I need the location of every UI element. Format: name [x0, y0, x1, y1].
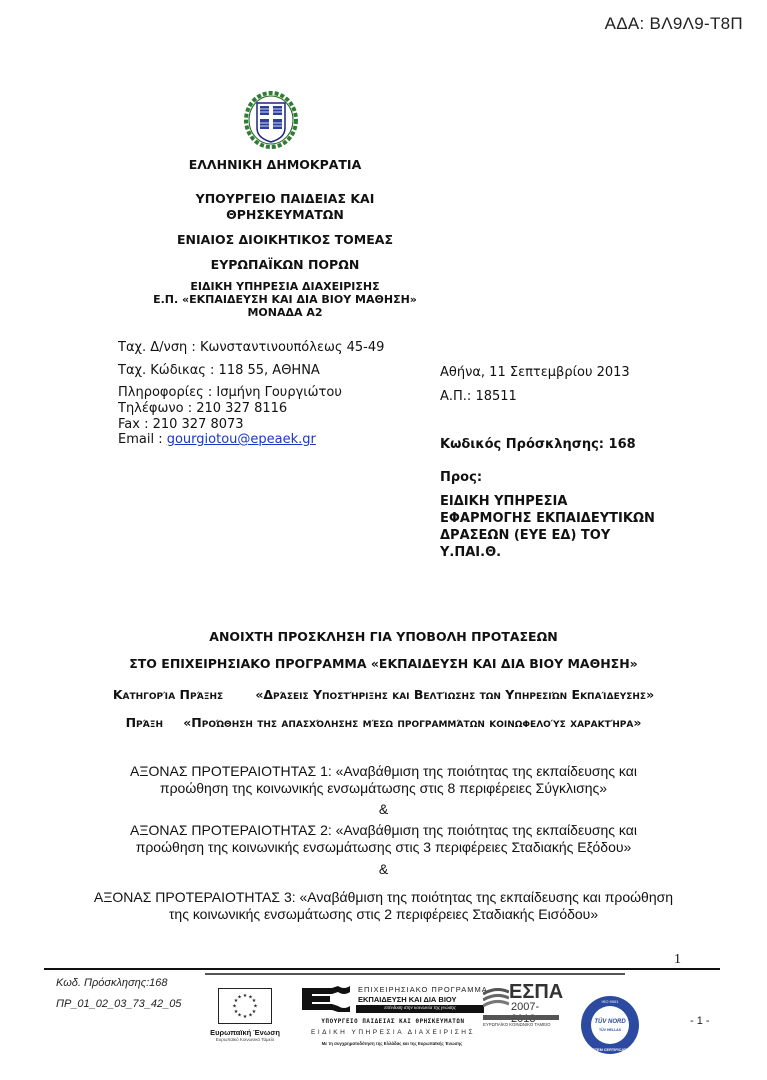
service-line-2: Ε.Π. «ΕΚΠΑΙΔΕΥΣΗ ΚΑΙ ΔΙΑ ΒΙΟΥ ΜΑΘΗΣΗ» — [120, 293, 450, 306]
axis-3-line-2: της κοινωνικής ενσωμάτωσης στις 2 περιφέ… — [0, 905, 767, 923]
axis-1-line-1: ΑΞΟΝΑΣ ΠΡΟΤΕΡΑΙΟΤΗΤΑΣ 1: «Αναβάθμιση της… — [0, 762, 767, 780]
footer-ref-code: ΠΡ_01_02_03_73_42_05 — [56, 998, 181, 1010]
footer-page-number: - 1 - — [690, 1015, 710, 1027]
op-book-icon — [302, 986, 350, 1012]
tuv-certification-seal-icon: TÜV NORD TÜV HELLAS ISO 9001 SYSTEM CERT… — [580, 995, 640, 1055]
tuv-top: ISO 9001 — [602, 999, 620, 1004]
svg-text:★: ★ — [232, 1004, 237, 1010]
greek-coat-of-arms-icon — [242, 90, 300, 154]
footer-logo-divider — [205, 973, 625, 975]
tuv-bottom: SYSTEM CERTIFICATION — [587, 1048, 633, 1052]
eu-fund: Ευρωπαϊκό Κοινωνικό Ταμείο — [208, 1037, 282, 1042]
footer-divider — [44, 968, 720, 970]
contact-email-label: Email : — [118, 432, 167, 447]
eu-logo-caption: Ευρωπαϊκή Ένωση Ευρωπαϊκό Κοινωνικό Ταμε… — [208, 1028, 282, 1042]
espa-logo: ΕΣΠΑ 2007-2013 ΕΥΡΩΠΑΪΚΟ ΚΟΙΝΩΝΙΚΟ ΤΑΜΕΙ… — [483, 984, 563, 1032]
service-line-3: ΜΟΝΑΔΑ Α2 — [120, 306, 450, 319]
contact-phone: Τηλέφωνο : 210 327 8116 — [118, 401, 287, 417]
espa-waves-icon — [483, 988, 509, 1010]
ada-code: ΑΔΑ: ΒΛ9Λ9-Τ8Π — [605, 14, 743, 34]
call-title-line-1: ΑΝΟΙΧΤΗ ΠΡΟΣΚΛΗΣΗ ΓΙΑ ΥΠΟΒΟΛΗ ΠΡΟΤΑΣΕΩΝ — [0, 629, 767, 644]
espa-band — [483, 1015, 559, 1020]
tuv-name: TÜV NORD — [594, 1018, 626, 1025]
svg-text:★: ★ — [234, 1009, 239, 1015]
axis-1-line-2: προώθηση της κοινωνικής ενσωμάτωσης στις… — [0, 779, 767, 797]
category-value: «Δράσεις Υποστήριξης και Βελτίωσης των Υ… — [255, 687, 654, 702]
axis-2-line-1: ΑΞΟΝΑΣ ΠΡΟΤΕΡΑΙΟΤΗΤΑΣ 2: «Αναβάθμιση της… — [0, 821, 767, 839]
op-ministry: ΥΠΟΥΡΓΕΙΟ ΠΑΙΔΕΙΑΣ ΚΑΙ ΘΡΗΣΚΕΥΜΑΤΩΝ — [300, 1019, 486, 1025]
footer-page-number-top: 1 — [674, 952, 681, 968]
sector-line-2: ΕΥΡΩΠΑΪΚΩΝ ΠΟΡΩΝ — [140, 257, 430, 272]
republic-heading: ΕΛΛΗΝΙΚΗ ΔΗΜΟΚΡΑΤΙΑ — [140, 157, 410, 172]
protocol-number: Α.Π.: 18511 — [440, 389, 517, 404]
service-line-1: ΕΙΔΙΚΗ ΥΠΗΡΕΣΙΑ ΔΙΑΧΕΙΡΙΣΗΣ — [120, 280, 450, 293]
op-slogan: επένδυση στην κοινωνία της γνώσης — [356, 1005, 484, 1013]
axis-2-line-2: προώθηση της κοινωνικής ενσωμάτωσης στις… — [0, 838, 767, 856]
contact-email-row: Email : gourgiotou@epeaek.gr — [118, 432, 316, 448]
ampersand-1: & — [0, 800, 767, 818]
op-education-logo: ΕΠΙΧΕΙΡΗΣΙΑΚΟ ΠΡΟΓΡΑΜΜΑ ΕΚΠΑΙΔΕΥΣΗ ΚΑΙ Δ… — [298, 982, 488, 1052]
recipient-line-1: ΕΙΔΙΚΗ ΥΠΗΡΕΣΙΑ — [440, 494, 567, 509]
axis-3-line-1: ΑΞΟΝΑΣ ΠΡΟΤΕΡΑΙΟΤΗΤΑΣ 3: «Αναβάθμιση της… — [0, 888, 767, 906]
svg-text:★: ★ — [243, 993, 248, 999]
footer-call-code: Κωδ. Πρόσκλησης:168 — [56, 977, 168, 989]
action-label: Πράξη — [126, 715, 163, 730]
category-label: Κατηγορία Πράξης — [113, 687, 223, 702]
call-code: Κωδικός Πρόσκλησης: 168 — [440, 437, 636, 452]
svg-text:★: ★ — [248, 1013, 253, 1019]
recipient-line-3: ΔΡΑΣΕΩΝ (ΕΥΕ ΕΔ) ΤΟΥ — [440, 528, 610, 543]
sector-line-1: ΕΝΙΑΙΟΣ ΔΙΟΙΚΗΤΙΚΟΣ ΤΟΜΕΑΣ — [140, 232, 430, 247]
eu-name: Ευρωπαϊκή Ένωση — [208, 1028, 282, 1037]
op-service: ΕΙΔΙΚΗ ΥΠΗΡΕΣΙΑ ΔΙΑΧΕΙΡΙΣΗΣ — [300, 1029, 486, 1036]
recipient-line-2: ΕΦΑΡΜΟΓΗΣ ΕΚΠΑΙΔΕΥΤΙΚΩΝ — [440, 511, 655, 526]
ministry-line-1: ΥΠΟΥΡΓΕΙΟ ΠΑΙΔΕΙΑΣ ΚΑΙ — [140, 191, 430, 206]
contact-postal: Ταχ. Κώδικας : 118 55, ΑΘΗΝΑ — [118, 363, 320, 379]
action-category-row: Κατηγορία Πράξης «Δράσεις Υποστήριξης κα… — [0, 684, 767, 703]
document-date: Αθήνα, 11 Σεπτεμβρίου 2013 — [440, 365, 630, 380]
call-title-line-2: ΣΤΟ ΕΠΙΧΕΙΡΗΣΙΑΚΟ ΠΡΟΓΡΑΜΜΑ «ΕΚΠΑΙΔΕΥΣΗ … — [0, 656, 767, 671]
contact-info: Πληροφορίες : Ισμήνη Γουργιώτου — [118, 385, 342, 401]
eu-flag-icon: ★★★ ★★★ ★★★ ★★★ — [218, 988, 272, 1024]
op-line-1: ΕΠΙΧΕΙΡΗΣΙΑΚΟ ΠΡΟΓΡΑΜΜΑ — [358, 985, 488, 994]
cofinance-note: Με τη συγχρηματοδότηση της Ελλάδας και τ… — [292, 1041, 492, 1046]
recipient-line-4: Υ.ΠΑΙ.Θ. — [440, 545, 501, 560]
espa-fund: ΕΥΡΩΠΑΪΚΟ ΚΟΙΝΩΝΙΚΟ ΤΑΜΕΙΟ — [483, 1022, 563, 1027]
tuv-sub: TÜV HELLAS — [599, 1028, 622, 1032]
contact-fax: Fax : 210 327 8073 — [118, 417, 244, 433]
to-label: Προς: — [440, 470, 482, 485]
ministry-line-2: ΘΡΗΣΚΕΥΜΑΤΩΝ — [140, 207, 430, 222]
svg-text:★: ★ — [243, 1014, 248, 1020]
contact-email-link[interactable]: gourgiotou@epeaek.gr — [167, 432, 316, 447]
ampersand-2: & — [0, 860, 767, 878]
svg-text:★: ★ — [237, 995, 242, 1001]
action-row: Πράξη «Προώθηση της απασχόλησης μέσω προ… — [0, 712, 767, 731]
action-value: «Προώθηση της απασχόλησης μέσω προγραμμά… — [183, 715, 641, 730]
contact-address: Ταχ. Δ/νση : Κωνσταντινουπόλεως 45-49 — [118, 340, 384, 356]
